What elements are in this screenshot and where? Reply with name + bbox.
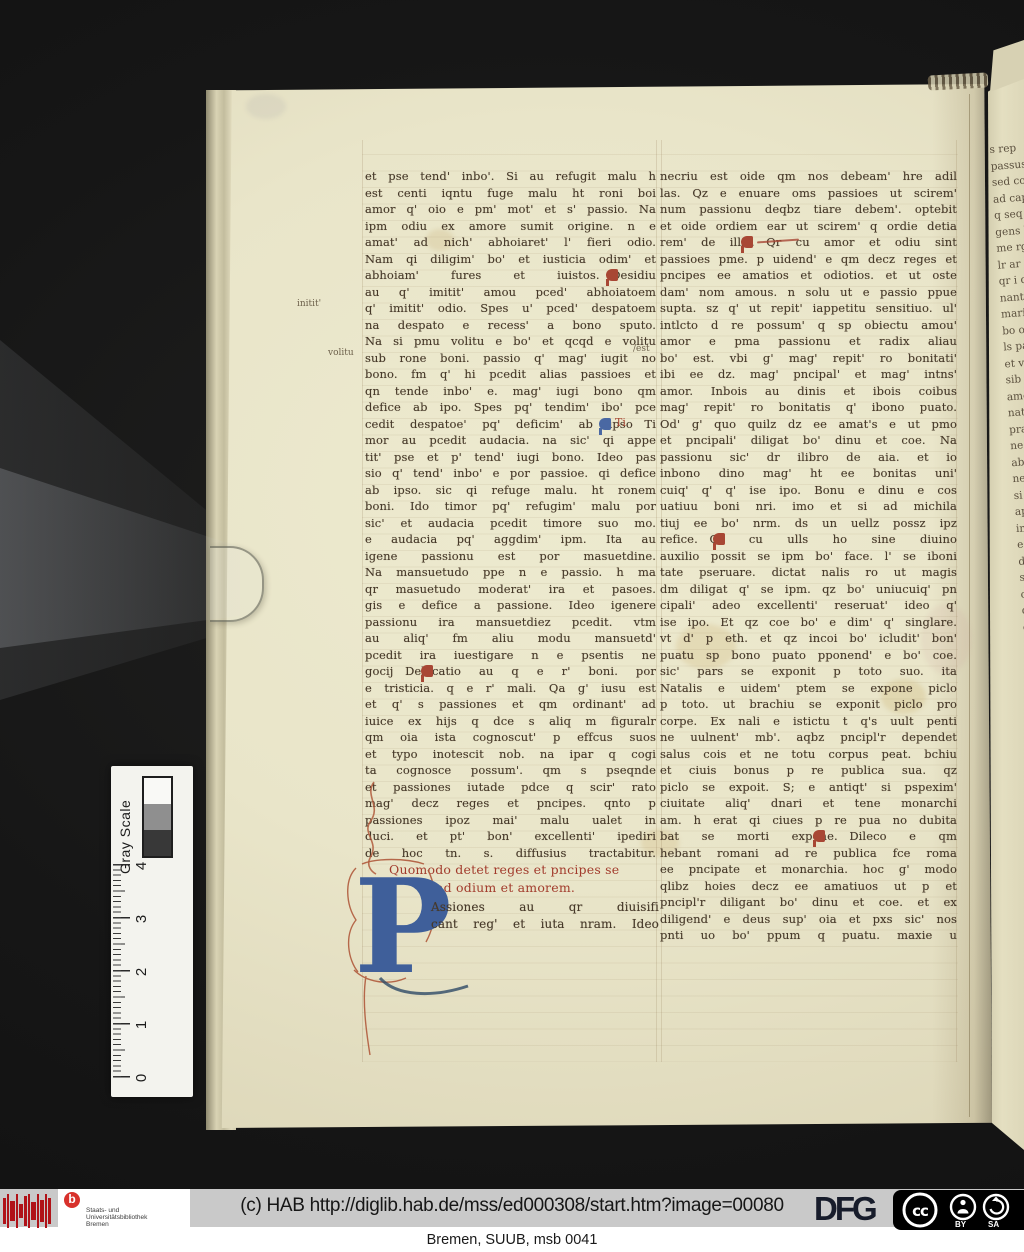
manuscript-line: qn tende inbo' e. mag' iugi bono qm [365,383,656,400]
manuscript-line: ciuitate aliq' dnari et tene monarchi [660,795,957,812]
ruler-number: 4 [133,858,149,874]
manuscript-line: pcedit ira iuestigare n e psentis ne [365,647,656,664]
facing-page-line: me rgo [996,238,1024,257]
facing-page-line: cit ali [1020,584,1024,603]
marginal-note: initit' [297,299,321,309]
manuscript-line: passiones ipoz mai' malu ualet in [365,812,656,829]
facing-page-line: ne oia [1012,469,1024,488]
capitulum-icon [421,665,433,677]
interlinear-addition: /est [633,344,650,354]
facing-page-line: q seq [994,205,1024,224]
ruler-numbers: 43210 [111,766,193,1097]
cc-by-label: BY [955,1220,966,1229]
manuscript-line: na despato e recess' a bono sputo. [365,317,656,334]
manuscript-line: et oide ordiem ear ut scirem' q ordie de… [660,218,957,235]
manuscript-line: Natalis e uidem' ptem se expone piclo [660,680,957,697]
facing-page-line: nato [1007,403,1024,422]
manuscript-line: et pse tend' inbo'. Si au refugit malu h [365,168,656,185]
manuscript-line: vt d' p eth. et qz incoi bo' icludit' bo… [660,630,957,647]
decorated-initial-P: P [336,850,486,1065]
manuscript-line: diligend' e deus sup' oia et pxs sic' no… [660,911,957,928]
manuscript-line: bo' est. vbi g' mag' repit' ro bonitati' [660,350,957,367]
manuscript-line: passioes pme. p uidend' e qm decz reges … [660,251,957,268]
facing-page-line: imagi [1015,518,1024,537]
facing-page-line: et vi [1004,354,1024,373]
manuscript-line: qlibz hoies decz ee amatiuos ut p et [660,878,957,895]
manuscript-line: passionu ira mansuetdiez pcedit. vtm [365,614,656,631]
cc-sa-label: SA [988,1220,999,1229]
cc-by-icon [951,1195,975,1219]
manuscript-line: hebant romani ad re publica fce roma [660,845,957,862]
facing-page-line: sib ad [1005,370,1024,389]
facing-page-line: bo oes [1002,321,1024,340]
manuscript-line: et pncipali' diligat bo' dinu et coe. Na [660,432,957,449]
facing-page-line: ls pau [1003,337,1024,356]
library-name-line: Bremen [86,1222,147,1229]
red-margin-flourish [360,780,390,875]
manuscript-line: ab ipso. sic qi refuge malu. ht ronem [365,482,656,499]
manuscript-line: supta. sz q' ut repit' iappetitu sensiti… [660,300,957,317]
manuscript-line: amor. Inbois au dinis et ibois coibus [660,383,957,400]
text-column-right: necriu est oide qm nos debeam' hre adill… [660,168,957,944]
cc-license-badge: cc BY SA [893,1190,1024,1230]
manuscript-line: uatiuu boni nri. imo et si ad michila [660,498,957,515]
manuscript-line: ipm odiu ex amore sumit origine. n e [365,218,656,235]
pencil-smudge [246,94,286,119]
ruler-number: 0 [133,1070,149,1086]
manuscript-line: est centi iqntu fuge malu ht roni boi [365,185,656,202]
marginal-note: volitu [328,348,354,358]
manuscript-line: am. h erat qi ciues p re pua no dubita [660,812,957,829]
manuscript-line: igene passionu est por masuetdine. [365,548,656,565]
manuscript-line: tate pseruare. dictat nalis ro ut magis [660,564,957,581]
manuscript-line: puatu sp bono puato pponend' e bo' coe. [660,647,957,664]
facing-page-line: lr ar [997,255,1024,274]
manuscript-line: ee pncipate et monarchia. hoc g' modo [660,861,957,878]
manuscript-line: bat se morti expone. Dileco e qm [660,828,957,845]
manuscript-line: dm diligat q' se ipm. qz bo' uniucuiq' p… [660,581,957,598]
manuscript-line: salus cois et ne totu corpus peat. bchiu [660,746,957,763]
manuscript-line: qm oia ista cognoscut' p effcus suos [365,729,656,746]
ruler-number: 2 [133,964,149,980]
manuscript-line: Na si pmu volitu e bo' et qcqd e volitu [365,333,656,350]
manuscript-line: mor au pcedit audacia. na sic' qi appe [365,432,656,449]
manuscript-line: et ciuis bonus p re publica sua. qz [660,762,957,779]
text-beside-initial: Assiones au qr diuisificant reg' et iuta… [431,899,659,933]
facing-page-line: mari q [1001,304,1024,323]
manuscript-line: auxilio possit se ipm bo' face. l' se ib… [660,548,957,565]
manuscript-line: Od' g' quo quilz dz ee amat's e ut pmo [660,416,957,433]
manuscript-line: sic' pars se exponit p toto suo. ita [660,663,957,680]
shelfmark-text: Bremen, SUUB, msb 0041 [0,1232,1024,1248]
facing-page-line: praup [1009,419,1024,438]
facing-page-line: abiga [1011,452,1024,471]
manuscript-line: qr masuetudo moderat' ira et pasoes. [365,581,656,598]
manuscript-line: defice ab ipo. Spes pq' tendim' ibo' pce [365,399,656,416]
manuscript-line: cedit despatoe' pq' deficim' ab ipso Ti [365,416,656,433]
manuscript-line: bono. fm q' hi pcedit alias passioes et [365,366,656,383]
manuscript-line: amor e pma passionu et radix aliau [660,333,957,350]
cc-sa-icon [984,1195,1008,1219]
manuscript-line: q' imitit' odio. Spes u' pced' despatoem [365,300,656,317]
manuscript-line: las. Qz e enuare oms passioes ut scirem' [660,185,957,202]
manuscript-line: rem' de illis. Qr cu amor et odiu sint [660,234,957,251]
manuscript-line: sio q' tend' inbo' e por passioe. qi def… [365,465,656,482]
manuscript-line: cant reg' et iuta nram. Ideo [431,916,659,933]
manuscript-line: sub rone boni. passio q' mag' iugit no [365,350,656,367]
manuscript-line: au q' imitit' amou pced' abhoiatoem [365,284,656,301]
manuscript-line: iuice ex hijs q dce s aliq m figuralr [365,713,656,730]
ruler-number: 3 [133,911,149,927]
facing-page-line: apis o [1014,502,1024,521]
manuscript-line: et q' s passiones et qm ordinant' ad [365,696,656,713]
grayscale-card: Gray Scale 43210 [111,766,193,1097]
rubricated-letters: Ti [615,416,626,429]
facing-page-line: subde [1019,568,1024,587]
manuscript-line: au aliq' fm aliu modu mansuetd' [365,630,656,647]
manuscript-line: pnti uo bo' ppum q puatu. maxie u [660,927,957,944]
capitulum-icon [606,269,618,281]
spine-stitching [928,72,989,90]
manuscript-line: passionu sic' dr ilibro de aia. et io [660,449,957,466]
manuscript-line: sic' et audacia pcedit timore suo mo. [365,515,656,532]
manuscript-line: duci. et pt' bon' excellenti' ipediri [365,828,656,845]
manuscript-line: p toto. ut brachiu se exponit piclo pro [660,696,957,713]
manuscript-line: ise ipo. Et qz coe bo' e dim' q' singlar… [660,614,957,631]
manuscript-line: pncipl'r diligant bo' dinu et coe. et ex [660,894,957,911]
manuscript-line: cuiq' q' q' ise ipo. Bonu e dinu e cos [660,482,957,499]
facing-page-line: amo [1006,386,1024,405]
facing-page-line: nant s [999,288,1024,307]
manuscript-line: amat' ad nich' abhoiaret' l' fieri odio. [365,234,656,251]
manuscript-line: inbono dino mag' ht ee bonitas uni' [660,465,957,482]
manuscript-line: ibi ee dz. mag' pncipal' et mag' intns' [660,366,957,383]
manuscript-line: num passionu deqbz tiare debem'. optebit [660,201,957,218]
manuscript-line: pncipes ee amatios et odiotios. et ut os… [660,267,957,284]
manuscript-line: intlcto d re possum' q sp obiectu amou' [660,317,957,334]
manuscript-line: ta cognosce possum'. qm s pseqnde [365,762,656,779]
manuscript-line: boni. Ido timor pq' refugim' malu por [365,498,656,515]
manuscript-line: e tristicia. q e r' mali. Qa g' iusu est [365,680,656,697]
capitulum-icon [599,418,611,430]
manuscript-line: e audacia pq' aggdim' ipm. Ita au [365,531,656,548]
facing-page-line: est is [1017,535,1024,554]
manuscript-line: refice. Qr cu ulls ho sine diuino [660,531,957,548]
facing-page-line: detub [1018,551,1024,570]
manuscript-line: et passiones iutade pdce q scir' rato [365,779,656,796]
ruler-number: 1 [133,1017,149,1033]
manuscript-line: gis e defice a passione. Ideo igenere [365,597,656,614]
capitulum-icon [741,236,753,248]
manuscript-line: cipali' adeo excellenti' reseruat' ideo … [660,597,957,614]
digitized-manuscript-photo: et pse tend' inbo'. Si au refugit malu h… [0,0,1024,1252]
gutter-crease [969,94,970,1117]
manuscript-line: ne uulnent' mb'. aqbz pncipl'r dependet [660,729,957,746]
manuscript-line: tit' pse et p' tend' iugi bono. Ideo pas [365,449,656,466]
manuscript-line: Nam qi diligim' bo' et iusticia odim' et [365,251,656,268]
facing-page-line: gens b [995,222,1024,241]
manuscript-line: gocij Delecatio au q e r' boni. por [365,663,656,680]
manuscript-line: amor q' oio e pm' mot' et s' passio. Na [365,201,656,218]
manuscript-line: mag' repit' ro bonitatis q' ibono puato. [660,399,957,416]
svg-text:cc: cc [912,1202,928,1220]
manuscript-line: tiuj ee bo' nrm. ds un uellz possz ipz [660,515,957,532]
manuscript-line: corpe. Ex nali e istictu t q's uult pent… [660,713,957,730]
facing-page-line: si cou [1013,485,1024,504]
facing-page-line: sed co [991,172,1024,191]
manuscript-line: Na mansuetudo ppe n e passio. h ma [365,564,656,581]
manuscript-line: Assiones au qr diuisifi [431,899,659,916]
manuscript-line: piclo se expoit. S; e antiqt' si pspexim… [660,779,957,796]
facing-page-line: ne pa [1010,436,1024,455]
facing-page-line: qr i q [998,271,1024,290]
manuscript-line: et typo inotescit nob. na ipar q cogi [365,746,656,763]
manuscript-line: dam' nom amous. n solu ut e passio ppue [660,284,957,301]
capitulum-icon [713,533,725,545]
dfg-logo: DFG [814,1192,894,1226]
capitulum-icon [813,830,825,842]
manuscript-line: necriu est oide qm nos debeam' hre adil [660,168,957,185]
manuscript-line: mag' decz reges et pncipes. qnto p [365,795,656,812]
